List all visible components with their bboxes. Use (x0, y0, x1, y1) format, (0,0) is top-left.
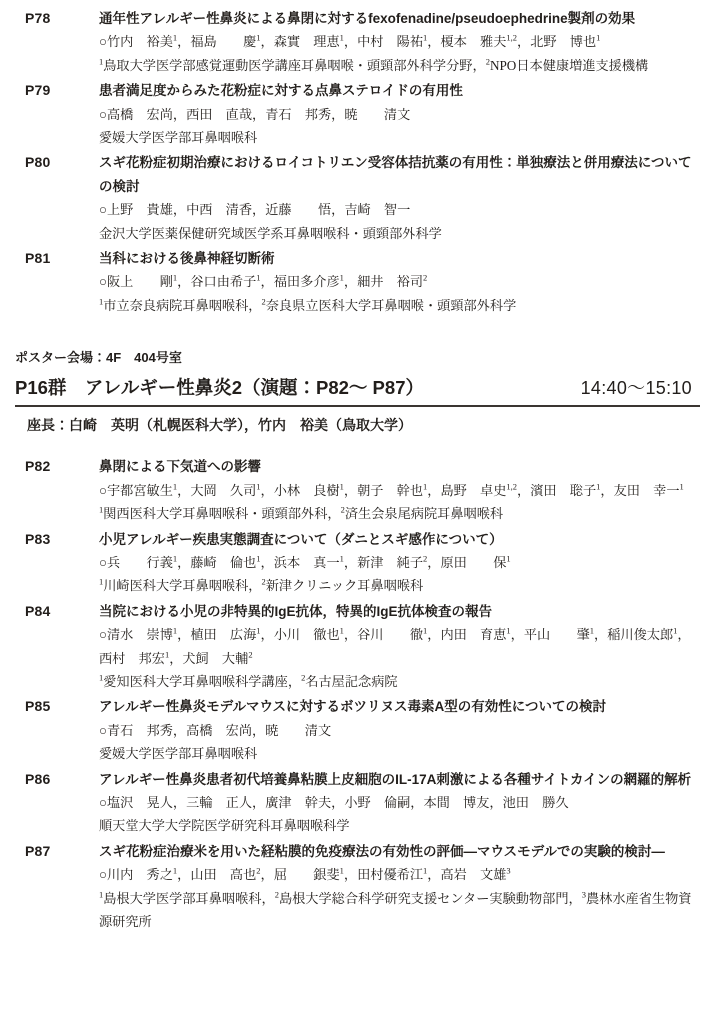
entry-affiliation: 愛媛大学医学部耳鼻咽喉科 (99, 742, 700, 765)
entry-affiliation: 順天堂大学大学院医学研究科耳鼻咽喉科学 (99, 814, 700, 837)
entry-affiliation: 1鳥取大学医学部感覚運動医学講座耳鼻咽喉・頭頸部外科学分野，2NPO日本健康増進… (99, 54, 700, 77)
entry-body: スギ花粉症初期治療におけるロイコトリエン受容体拮抗薬の有用性：単独療法と併用療法… (99, 151, 700, 245)
entry-authors: ○宇都宮敏生1，大岡 久司1，小林 良樹1，朝子 幹也1，島野 卓史1,2，濱田… (99, 479, 700, 502)
entry-title: 通年性アレルギー性鼻炎による鼻閉に対するfexofenadine/pseudoe… (99, 7, 700, 30)
entry-authors: ○清水 崇博1，植田 広海1，小川 徹也1，谷川 徹1，内田 育恵1，平山 肇1… (99, 623, 700, 670)
session-time: 14:40～15:10 (581, 374, 692, 400)
entry-body: 患者満足度からみた花粉症に対する点鼻ステロイドの有用性 ○高橋 宏尚，西田 直哉… (99, 79, 700, 149)
entry-title: 当院における小児の非特異的IgE抗体，特異的IgE抗体検査の報告 (99, 600, 700, 623)
session-divider-rule (15, 405, 700, 407)
entry-affiliation: 1島根大学医学部耳鼻咽喉科，2島根大学総合科学研究支援センター実験動物部門，3農… (99, 887, 700, 934)
program-entry: P85 アレルギー性鼻炎モデルマウスに対するボツリヌス毒素A型の有効性についての… (25, 695, 702, 765)
program-entry: P79 患者満足度からみた花粉症に対する点鼻ステロイドの有用性 ○高橋 宏尚，西… (25, 79, 702, 149)
program-entry: P86 アレルギー性鼻炎患者初代培養鼻粘膜上皮細胞のIL-17A刺激による各種サ… (25, 768, 702, 838)
entry-number: P87 (25, 840, 99, 863)
entry-list-bottom: P82 鼻閉による下気道への影響 ○宇都宮敏生1，大岡 久司1，小林 良樹1，朝… (25, 455, 702, 933)
entry-body: 当院における小児の非特異的IgE抗体，特異的IgE抗体検査の報告 ○清水 崇博1… (99, 600, 700, 694)
entry-affiliation: 愛媛大学医学部耳鼻咽喉科 (99, 126, 700, 149)
entry-affiliation: 1市立奈良病院耳鼻咽喉科，2奈良県立医科大学耳鼻咽喉・頭頸部外科学 (99, 294, 700, 317)
program-entry: P82 鼻閉による下気道への影響 ○宇都宮敏生1，大岡 久司1，小林 良樹1，朝… (25, 455, 702, 525)
entry-number: P86 (25, 768, 99, 791)
entry-authors: ○塩沢 晃人，三輪 正人，廣津 幹夫，小野 倫嗣，本間 博友，池田 勝久 (99, 791, 700, 814)
entry-title: 鼻閉による下気道への影響 (99, 455, 700, 478)
session-header: ポスター会場：4F 404号室 P16群 アレルギー性鼻炎2（演題：P82～ P… (15, 347, 702, 435)
session-chairs: 座長：白崎 英明（札幌医科大学），竹内 裕美（鳥取大学） (15, 415, 702, 435)
entry-authors: ○川内 秀之1，山田 高也2，屈 銀斐1，田村優希江1，高岩 文雄3 (99, 863, 700, 886)
entry-authors: ○竹内 裕美1，福島 慶1，森實 理恵1，中村 陽祐1，榎本 雅夫1,2，北野 … (99, 30, 700, 53)
program-entry: P81 当科における後鼻神経切断術 ○阪上 剛1，谷口由希子1，福田多介彦1，細… (25, 247, 702, 317)
session-title-row: P16群 アレルギー性鼻炎2（演題：P82～ P87） 14:40～15:10 (15, 374, 702, 400)
entry-body: 当科における後鼻神経切断術 ○阪上 剛1，谷口由希子1，福田多介彦1，細井 裕司… (99, 247, 700, 317)
entry-title: 患者満足度からみた花粉症に対する点鼻ステロイドの有用性 (99, 79, 700, 102)
entry-number: P82 (25, 455, 99, 478)
program-entry: P87 スギ花粉症治療米を用いた経粘膜的免疫療法の有効性の評価―マウスモデルでの… (25, 840, 702, 934)
conference-program-page: P78 通年性アレルギー性鼻炎による鼻閉に対するfexofenadine/pse… (0, 0, 708, 1016)
entry-number: P85 (25, 695, 99, 718)
entry-body: アレルギー性鼻炎モデルマウスに対するボツリヌス毒素A型の有効性についての検討 ○… (99, 695, 700, 765)
entry-affiliation: 1川崎医科大学耳鼻咽喉科，2新津クリニック耳鼻咽喉科 (99, 574, 700, 597)
program-entry: P80 スギ花粉症初期治療におけるロイコトリエン受容体拮抗薬の有用性：単独療法と… (25, 151, 702, 245)
entry-title: 小児アレルギー疾患実態調査について（ダニとスギ感作について） (99, 528, 700, 551)
entry-affiliation: 1関西医科大学耳鼻咽喉科・頭頸部外科，2済生会泉尾病院耳鼻咽喉科 (99, 502, 700, 525)
entry-title: 当科における後鼻神経切断術 (99, 247, 700, 270)
entry-title: アレルギー性鼻炎モデルマウスに対するボツリヌス毒素A型の有効性についての検討 (99, 695, 700, 718)
entry-title: アレルギー性鼻炎患者初代培養鼻粘膜上皮細胞のIL-17A刺激による各種サイトカイ… (99, 768, 700, 791)
entry-body: アレルギー性鼻炎患者初代培養鼻粘膜上皮細胞のIL-17A刺激による各種サイトカイ… (99, 768, 700, 838)
entry-authors: ○高橋 宏尚，西田 直哉，青石 邦秀，暁 清文 (99, 103, 700, 126)
entry-authors: ○青石 邦秀，高橋 宏尚，暁 清文 (99, 719, 700, 742)
entry-body: スギ花粉症治療米を用いた経粘膜的免疫療法の有効性の評価―マウスモデルでの実験的検… (99, 840, 700, 934)
entry-number: P83 (25, 528, 99, 551)
entry-body: 通年性アレルギー性鼻炎による鼻閉に対するfexofenadine/pseudoe… (99, 7, 700, 77)
poster-venue-label: ポスター会場：4F 404号室 (15, 347, 702, 366)
program-entry: P78 通年性アレルギー性鼻炎による鼻閉に対するfexofenadine/pse… (25, 7, 702, 77)
entry-number: P80 (25, 151, 99, 174)
entry-authors: ○上野 貴雄，中西 清香，近藤 悟，吉崎 智一 (99, 198, 700, 221)
entry-authors: ○阪上 剛1，谷口由希子1，福田多介彦1，細井 裕司2 (99, 270, 700, 293)
entry-title: スギ花粉症初期治療におけるロイコトリエン受容体拮抗薬の有用性：単独療法と併用療法… (99, 151, 700, 198)
program-entry: P84 当院における小児の非特異的IgE抗体，特異的IgE抗体検査の報告 ○清水… (25, 600, 702, 694)
entry-authors: ○兵 行義1，藤崎 倫也1，浜本 真一1，新津 純子2，原田 保1 (99, 551, 700, 574)
entry-affiliation: 1愛知医科大学耳鼻咽喉科学講座，2名古屋記念病院 (99, 670, 700, 693)
entry-affiliation: 金沢大学医薬保健研究域医学系耳鼻咽喉科・頭頸部外科学 (99, 222, 700, 245)
entry-body: 小児アレルギー疾患実態調査について（ダニとスギ感作について） ○兵 行義1，藤崎… (99, 528, 700, 598)
session-group-title: P16群 アレルギー性鼻炎2（演題：P82～ P87） (15, 374, 424, 400)
entry-number: P78 (25, 7, 99, 30)
entry-title: スギ花粉症治療米を用いた経粘膜的免疫療法の有効性の評価―マウスモデルでの実験的検… (99, 840, 700, 863)
program-entry: P83 小児アレルギー疾患実態調査について（ダニとスギ感作について） ○兵 行義… (25, 528, 702, 598)
entry-number: P84 (25, 600, 99, 623)
entry-body: 鼻閉による下気道への影響 ○宇都宮敏生1，大岡 久司1，小林 良樹1，朝子 幹也… (99, 455, 700, 525)
entry-number: P79 (25, 79, 99, 102)
entry-list-top: P78 通年性アレルギー性鼻炎による鼻閉に対するfexofenadine/pse… (25, 7, 702, 317)
entry-number: P81 (25, 247, 99, 270)
